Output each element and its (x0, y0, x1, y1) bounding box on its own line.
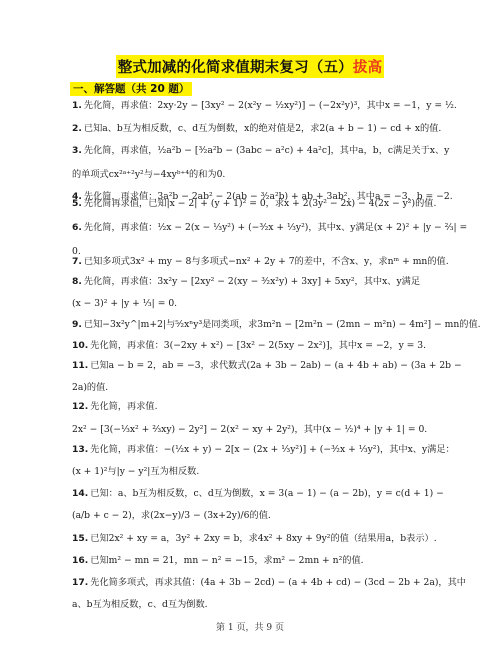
question-13-line-2: (x + 1)²与|y − y²|互为相反数. (72, 466, 432, 478)
question-number: 17. (72, 577, 88, 588)
question-2-line-1: 2.已知a、b互为相反数，c、d互为倒数，x的绝对值是2，求2(a + b − … (72, 123, 432, 135)
question-number: 7. (72, 256, 82, 267)
question-number: 2. (72, 123, 82, 134)
question-17-line-1: 17.先化简多项式，再求其值：(4a + 3b − 2cd) − (a + 4b… (72, 577, 432, 589)
question-text: 已知m² − mn = 21，mn − n² = −15，求m² − 2mn +… (90, 555, 363, 566)
question-text: 2x² − [3(−⅓x² + ⅔xy) − 2y²] − 2(x² − xy … (72, 424, 427, 435)
title-main: 整式加减的化简求值期末复习（五） (118, 60, 353, 76)
question-text: 先化简，再求值：3x²y − [2xy² − 2(xy − ³⁄₂x²y) + … (84, 276, 420, 287)
question-3-line-2: 的单项式cx²ᵃ⁺²y²与−4xyᵇ⁺⁴的和为0. (72, 169, 432, 181)
question-text: 已知a、b互为相反数，c、d互为倒数，x的绝对值是2，求2(a + b − 1)… (84, 123, 441, 134)
question-number: 10. (72, 340, 88, 351)
question-text: (x + 1)²与|y − y²|互为相反数. (72, 466, 199, 477)
question-number: 5. (72, 198, 82, 209)
question-text: 先化简，再求值：3(−2xy + x²) − [3x² − 2(5xy − 2x… (90, 340, 426, 351)
question-16-line-1: 16.已知m² − mn = 21，mn − n² = −15，求m² − 2m… (72, 555, 432, 567)
question-13-line-1: 13.先化简，再求值：−(½x + y) − 2[x − (2x + ⅓y²)]… (72, 444, 432, 456)
question-15-line-1: 15.已知2x² + xy = a，3y² + 2xy = b，求4x² + 8… (72, 533, 432, 545)
question-text: (x − 3)² + |y + ⅓| = 0. (72, 298, 177, 309)
question-number: 15. (72, 533, 88, 544)
question-7-line-1: 7.已知多项式3x² + my − 8与多项式−nx² + 2y + 7的差中，… (72, 256, 432, 268)
question-number: 1. (72, 100, 82, 111)
question-number: 16. (72, 555, 88, 566)
question-text: 已知−3x²y^|m+2|与⁵⁄₂xⁿy³是同类项，求3m²n − [2m²n … (84, 319, 481, 330)
question-text: 已知a − b = 2，ab = −3，求代数式(2a + 3b − 2ab) … (90, 360, 461, 371)
question-text: 2a)的值. (72, 382, 108, 393)
question-number: 12. (72, 401, 88, 412)
question-number: 8. (72, 276, 82, 287)
question-text: 先化简再求值，已知|x − 2| + (y + 1)² = 0，求x + 2(3… (84, 198, 436, 209)
title-wrap: 整式加减的化简求值期末复习（五）拔高 (0, 55, 500, 78)
question-9-line-1: 9.已知−3x²y^|m+2|与⁵⁄₂xⁿy³是同类项，求3m²n − [2m²… (72, 319, 432, 331)
question-12-line-2: 2x² − [3(−⅓x² + ⅔xy) − 2y²] − 2(x² − xy … (72, 424, 432, 436)
question-8-line-1: 8.先化简，再求值：3x²y − [2xy² − 2(xy − ³⁄₂x²y) … (72, 276, 432, 288)
question-10-line-1: 10.先化简，再求值：3(−2xy + x²) − [3x² − 2(5xy −… (72, 340, 432, 352)
question-14-line-2: (a/b + c − 2)，求(2x−y)/3 − (3x+2y)/6的值. (72, 510, 432, 522)
title-accent: 拔高 (353, 60, 382, 76)
question-3-line-1: 3.先化简，再求值，½a²b − [³⁄₂a²b − (3abc − a²c) … (72, 145, 432, 157)
question-17-line-2: a、b互为相反数，c、d互为倒数. (72, 599, 432, 611)
section-heading: 一、解答题（共 20 题） (70, 82, 192, 96)
question-text: 先化简，再求值：½x − 2(x − ⅓y²) + (−³⁄₂x + ⅓y²)，… (84, 222, 467, 233)
question-text: a、b互为相反数，c、d互为倒数. (72, 599, 208, 610)
page-title: 整式加减的化简求值期末复习（五）拔高 (116, 55, 385, 78)
question-14-line-1: 14.已知：a、b互为相反数，c、d互为倒数，x = 3(a − 1) − (a… (72, 488, 432, 500)
question-number: 13. (72, 444, 88, 455)
question-11-line-2: 2a)的值. (72, 382, 432, 394)
question-text: 已知多项式3x² + my − 8与多项式−nx² + 2y + 7的差中，不含… (84, 256, 449, 267)
question-text: 先化简多项式，再求其值：(4a + 3b − 2cd) − (a + 4b + … (90, 577, 466, 588)
question-number: 6. (72, 222, 82, 233)
question-5-line-1: 5.先化简再求值，已知|x − 2| + (y + 1)² = 0，求x + 2… (72, 198, 432, 210)
question-number: 11. (72, 360, 88, 371)
question-11-line-1: 11.已知a − b = 2，ab = −3，求代数式(2a + 3b − 2a… (72, 360, 432, 372)
question-6-line-1: 6.先化简，再求值：½x − 2(x − ⅓y²) + (−³⁄₂x + ⅓y²… (72, 222, 432, 234)
question-text: 先化简，再求值：2xy·2y − [3xy² − 2(x²y − ½xy²)] … (84, 100, 457, 111)
question-12-line-1: 12.先化简，再求值. (72, 401, 432, 413)
question-number: 14. (72, 488, 88, 499)
question-text: (a/b + c − 2)，求(2x−y)/3 − (3x+2y)/6的值. (72, 510, 271, 521)
question-text: 已知2x² + xy = a，3y² + 2xy = b，求4x² + 8xy … (90, 533, 436, 544)
question-1-line-1: 1.先化简，再求值：2xy·2y − [3xy² − 2(x²y − ½xy²)… (72, 100, 432, 112)
question-text: 的单项式cx²ᵃ⁺²y²与−4xyᵇ⁺⁴的和为0. (72, 169, 225, 180)
question-text: 先化简，再求值，½a²b − [³⁄₂a²b − (3abc − a²c) + … (84, 145, 449, 156)
page-footer: 第 1 页，共 9 页 (0, 620, 500, 633)
question-text: 先化简，再求值：−(½x + y) − 2[x − (2x + ⅓y²)] + … (90, 444, 454, 455)
question-number: 3. (72, 145, 82, 156)
question-number: 9. (72, 319, 82, 330)
question-text: 已知：a、b互为相反数，c、d互为倒数，x = 3(a − 1) − (a − … (90, 488, 444, 499)
question-text: 先化简，再求值. (90, 401, 157, 412)
question-8-line-2: (x − 3)² + |y + ⅓| = 0. (72, 298, 432, 310)
